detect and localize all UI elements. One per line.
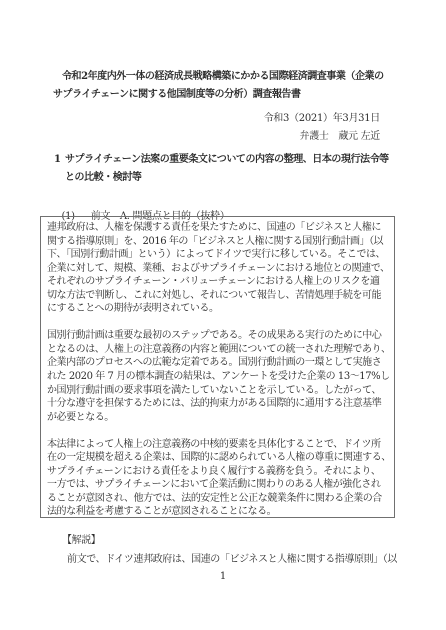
report-page: 令和2年度内外一体の経済成長戦略構築にかかる国際経済調査事業（企業のサプライチェ… bbox=[0, 0, 446, 630]
text-line: 国別行動計画は重要な最初のステップである。その成果ある実行のために中心 bbox=[47, 329, 392, 343]
section-number: 1 bbox=[54, 151, 65, 187]
text-line: 企業内部のプロセスへの広範な定着である。国別行動計画の一環として実施さ bbox=[47, 356, 392, 370]
section-heading-text: サプライチェーン法案の重要条文についての内容の整理、日本の現行法令等との比較・検… bbox=[65, 151, 389, 187]
text-line: 関する指導原則」を、2016 年の「ビジネスと人権に関する国別行動計画」（以 bbox=[47, 235, 392, 249]
text-line: 企業に対して、規模、業種、およびサプライチェーンにおける地位との関連で、 bbox=[47, 262, 392, 276]
text-line: 十分な遵守を担保するためには、法的拘束力がある国際的に通用する注意基準 bbox=[47, 397, 392, 411]
report-author: 弁護士 蔵元 左近 bbox=[264, 128, 380, 146]
text-line: が必要となる。 bbox=[47, 411, 392, 425]
text-line: か国別行動計画の要求事項を満たしていないことを示している。したがって、 bbox=[47, 384, 392, 398]
text-line: れた 2020 年 7 月の標本調査の結果は、アンケートを受けた企業の 13～1… bbox=[47, 370, 392, 384]
excerpt-paragraph: 国別行動計画は重要な最初のステップである。その成果ある実行のために中心となるのは… bbox=[47, 329, 392, 424]
text-line: 一方では、サプライチェーンにおいて企業活動に関わりのある人権が強化され bbox=[47, 478, 392, 492]
text-line: 連邦政府は、人権を保護する責任を果たすために、国連の「ビジネスと人権に bbox=[47, 221, 392, 235]
text-line: サプライチェーンにおける責任をより良く履行する義務を負う。それにより、 bbox=[47, 465, 392, 479]
section-heading: 1 サプライチェーン法案の重要条文についての内容の整理、日本の現行法令等との比較… bbox=[54, 151, 406, 187]
text-line: 切な方法で判断し、これに対処し、それについて報告し、苦情処理手続を可能 bbox=[47, 289, 392, 303]
excerpt-paragraph: 本法律によって人権上の注意義務の中核的要素を具体化することで、ドイツ所在の一定規… bbox=[47, 438, 392, 518]
commentary-heading: 【解説】 bbox=[53, 531, 403, 550]
commentary-body: 前文で、ドイツ連邦政府は、国連の「ビジネスと人権に関する指導原則」（以 bbox=[53, 550, 403, 569]
text-line: 前文で、ドイツ連邦政府は、国連の「ビジネスと人権に関する指導原則」（以 bbox=[53, 550, 403, 569]
text-line: との比較・検討等 bbox=[65, 169, 389, 187]
text-line: ることが意図され、他方では、法的安定性と公正な競業条件に関わる企業の合 bbox=[47, 492, 392, 506]
text-line: サプライチェーンに関する他国制度等の分析）調査報告書 bbox=[53, 86, 403, 104]
report-title: 令和2年度内外一体の経済成長戦略構築にかかる国際経済調査事業（企業のサプライチェ… bbox=[53, 68, 403, 104]
excerpt-paragraph: 連邦政府は、人権を保護する責任を果たすために、国連の「ビジネスと人権に関する指導… bbox=[47, 221, 392, 316]
text-line: 在の一定規模を超える企業は、国際的に認められている人権の尊重に関連する、 bbox=[47, 451, 392, 465]
text-line: 法的な利益を考慮することが意図されることになる。 bbox=[47, 505, 392, 518]
text-line: 下、「国別行動計画」という）によってドイツで実行に移している。そこでは、 bbox=[47, 248, 392, 262]
law-excerpt-box: 連邦政府は、人権を保護する責任を果たすために、国連の「ビジネスと人権に関する指導… bbox=[40, 216, 395, 518]
report-meta: 令和3（2021）年3月31日 弁護士 蔵元 左近 bbox=[264, 110, 380, 146]
report-date: 令和3（2021）年3月31日 bbox=[264, 110, 380, 128]
text-line: 本法律によって人権上の注意義務の中核的要素を具体化することで、ドイツ所 bbox=[47, 438, 392, 452]
text-line: サプライチェーン法案の重要条文についての内容の整理、日本の現行法令等 bbox=[65, 151, 389, 169]
text-line: それぞれのサプライチェーン・バリューチェーンにおける人権上のリスクを適 bbox=[47, 275, 392, 289]
commentary-section: 【解説】 前文で、ドイツ連邦政府は、国連の「ビジネスと人権に関する指導原則」（以 bbox=[53, 531, 403, 569]
text-line: にすることへの期待が表明されている。 bbox=[47, 302, 392, 316]
page-number: 1 bbox=[0, 570, 446, 584]
text-line: となるのは、人権上の注意義務の内容と範囲についての統一された理解であり、 bbox=[47, 343, 392, 357]
text-line: 令和2年度内外一体の経済成長戦略構築にかかる国際経済調査事業（企業の bbox=[53, 68, 403, 86]
